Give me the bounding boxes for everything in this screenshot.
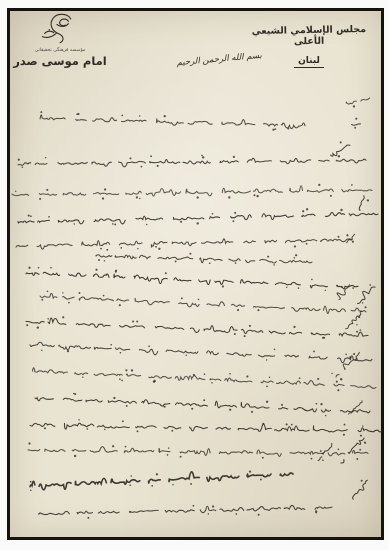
handwritten-line xyxy=(18,155,366,168)
handwriting-dot xyxy=(171,430,173,432)
handwriting-dot xyxy=(157,165,159,167)
handwriting-dot xyxy=(76,113,78,115)
handwritten-line xyxy=(38,505,332,519)
handwriting-dot xyxy=(212,505,214,507)
handwritten-line xyxy=(30,419,382,436)
handwritten-stroke xyxy=(33,368,377,389)
handwriting-dot xyxy=(208,513,210,515)
handwriting-dot xyxy=(267,256,269,258)
handwritten-line xyxy=(35,393,370,416)
handwriting-dot xyxy=(344,424,346,426)
scan-background: مؤسسه فرهنگی تحقیقاتی امام موسی صدر مجلس… xyxy=(0,0,389,550)
handwritten-stroke xyxy=(334,350,362,380)
handwriting-dot xyxy=(191,408,193,410)
handwritten-stroke xyxy=(40,115,305,129)
handwritten-stroke xyxy=(352,124,361,126)
handwriting-dot xyxy=(232,220,234,222)
handwritten-stroke xyxy=(359,196,365,211)
handwriting-dot xyxy=(266,401,268,403)
handwriting-dot xyxy=(287,128,289,130)
handwriting-dot xyxy=(360,479,363,482)
handwriting-dot xyxy=(193,374,195,376)
handwriting-dot xyxy=(112,445,114,447)
handwriting-dot xyxy=(229,373,231,375)
handwriting-dot xyxy=(197,196,199,198)
handwriting-dot xyxy=(167,454,169,456)
handwritten-line xyxy=(26,316,368,339)
handwriting-dot xyxy=(321,456,323,458)
handwriting-dot xyxy=(125,446,127,448)
handwriting-dot xyxy=(165,272,167,274)
handwriting-dot xyxy=(346,234,349,237)
handwriting-dot xyxy=(249,325,251,327)
handwriting-dot xyxy=(47,290,49,292)
handwriting-dot xyxy=(274,349,276,351)
stamp-subtitle: مؤسسه فرهنگی تحقیقاتی xyxy=(21,48,99,53)
handwritten-line xyxy=(33,368,377,392)
handwriting-dot xyxy=(316,403,318,405)
handwriting-dot xyxy=(189,253,191,255)
handwriting-dot xyxy=(73,393,74,394)
handwriting-dot xyxy=(100,248,102,250)
handwriting-dot xyxy=(298,287,300,289)
handwriting-dot xyxy=(139,115,140,116)
handwritten-line xyxy=(40,111,305,131)
handwriting-dot xyxy=(266,386,268,388)
handwriting-dot xyxy=(181,297,183,299)
handwriting-dot xyxy=(345,353,347,355)
handwriting-dot xyxy=(172,484,173,485)
handwriting-dot xyxy=(30,490,32,492)
handwriting-dot xyxy=(315,510,317,512)
handwriting-dot xyxy=(74,455,76,457)
handwriting-dot xyxy=(262,423,264,425)
margin-note xyxy=(345,311,366,333)
handwritten-stroke xyxy=(352,480,370,501)
handwriting-dot xyxy=(293,326,295,328)
margin-note xyxy=(348,477,370,500)
handwriting-dot xyxy=(366,199,369,202)
handwritten-stroke xyxy=(35,398,370,413)
handwriting-dot xyxy=(244,335,246,337)
handwriting-dot xyxy=(98,259,100,261)
handwriting-dot xyxy=(351,184,353,186)
handwritten-line xyxy=(30,471,293,492)
handwriting-dot xyxy=(257,309,259,311)
handwriting-dot xyxy=(62,292,63,293)
handwriting-dot xyxy=(339,141,342,144)
institute-stamp: مؤسسه فرهنگی تحقیقاتی امام موسی صدر xyxy=(10,10,110,67)
handwriting-dot xyxy=(369,284,371,286)
handwriting-dot xyxy=(190,483,192,485)
handwriting-dot xyxy=(136,196,138,198)
handwriting-dot xyxy=(139,198,140,199)
handwriting-dot xyxy=(351,240,354,243)
handwriting-dot xyxy=(30,481,32,483)
handwriting-dot xyxy=(102,197,104,199)
handwritten-stroke xyxy=(340,437,365,464)
handwritten-stroke xyxy=(12,186,372,196)
handwriting-dot xyxy=(356,458,358,460)
handwriting-dot xyxy=(302,210,304,212)
handwritten-line xyxy=(16,236,352,251)
handwriting-dot xyxy=(175,260,177,262)
handwriting-dot xyxy=(28,267,30,269)
handwriting-dot xyxy=(37,326,39,328)
handwriting-dot xyxy=(311,279,313,281)
handwriting-dot xyxy=(79,292,81,294)
handwriting-dot xyxy=(364,441,367,444)
handwriting-dot xyxy=(330,195,332,197)
handwriting-dot xyxy=(211,382,213,384)
handwriting-dot xyxy=(28,442,30,444)
handwriting-dot xyxy=(234,333,236,335)
handwritten-line xyxy=(26,267,358,291)
handwriting-dot xyxy=(269,377,270,378)
handwritten-stroke xyxy=(16,239,352,249)
handwriting-dot xyxy=(87,428,89,430)
handwriting-dot xyxy=(112,223,114,225)
handwritten-line xyxy=(18,208,378,225)
handwritten-line xyxy=(28,442,368,460)
handwriting-dot xyxy=(318,184,320,186)
handwriting-dot xyxy=(355,118,357,120)
handwritten-stroke xyxy=(30,423,382,432)
handwriting-dot xyxy=(137,430,139,432)
handwriting-dot xyxy=(204,373,206,375)
handwritten-line xyxy=(40,290,367,318)
handwriting-dot xyxy=(336,381,338,383)
handwriting-dot xyxy=(104,188,106,190)
handwriting-dot xyxy=(120,352,122,354)
handwriting-dot xyxy=(322,337,324,339)
stamp-monogram-icon xyxy=(37,10,83,48)
handwriting-dot xyxy=(365,306,367,308)
handwriting-dot xyxy=(119,378,121,380)
handwriting-dot xyxy=(122,420,124,422)
handwriting-dot xyxy=(104,429,106,431)
handwriting-dot xyxy=(18,159,20,161)
handwriting-dot xyxy=(286,423,288,425)
handwriting-dot xyxy=(126,405,128,407)
handwriting-dot xyxy=(286,287,287,288)
handwriting-dot xyxy=(273,264,275,266)
handwriting-dot xyxy=(180,456,182,458)
handwriting-dot xyxy=(30,215,32,217)
handwriting-dot xyxy=(235,262,237,264)
handwriting-dot xyxy=(131,369,133,371)
handwriting-dot xyxy=(78,419,79,420)
handwriting-dot xyxy=(132,320,134,322)
handwriting-dot xyxy=(313,350,315,352)
handwriting-dot xyxy=(136,321,138,323)
handwritten-stroke xyxy=(346,98,370,105)
handwriting-dot xyxy=(325,415,326,416)
handwriting-dot xyxy=(150,155,152,157)
handwriting-dot xyxy=(306,208,308,210)
handwriting-dot xyxy=(130,475,132,477)
handwritten-body xyxy=(0,0,389,550)
handwriting-dot xyxy=(164,115,166,117)
handwriting-dot xyxy=(249,471,251,473)
handwritten-stroke xyxy=(26,272,358,288)
handwriting-dot xyxy=(306,243,308,245)
handwriting-dot xyxy=(45,157,46,158)
handwriting-dot xyxy=(113,397,115,399)
handwritten-stroke xyxy=(40,293,366,313)
handwriting-dot xyxy=(356,324,358,326)
handwritten-stroke xyxy=(96,255,312,263)
handwriting-dot xyxy=(74,393,76,395)
handwriting-dot xyxy=(209,262,211,264)
handwriting-dot xyxy=(293,257,295,259)
handwriting-dot xyxy=(129,484,131,486)
handwriting-dot xyxy=(262,457,264,459)
handwriting-dot xyxy=(47,318,49,320)
margin-note xyxy=(327,138,351,158)
handwriting-dot xyxy=(158,248,160,250)
handwriting-dot xyxy=(228,196,230,198)
handwriting-dot xyxy=(87,517,89,519)
handwritten-stroke xyxy=(18,158,366,167)
letterhead-org-name: مجلس الإسلامي الشيعي الأعلى xyxy=(248,24,370,49)
handwriting-dot xyxy=(291,424,293,426)
handwriting-dot xyxy=(320,450,323,453)
handwriting-dot xyxy=(203,399,205,401)
handwriting-dot xyxy=(338,155,340,157)
handwriting-dot xyxy=(41,350,42,351)
margin-note xyxy=(359,196,370,212)
handwriting-dot xyxy=(39,198,41,200)
handwriting-dot xyxy=(212,213,214,215)
handwriting-dot xyxy=(15,191,16,192)
handwriting-dot xyxy=(154,380,156,382)
handwriting-dot xyxy=(311,458,313,460)
handwriting-dot xyxy=(354,127,356,129)
margin-note xyxy=(343,230,359,246)
handwriting-dot xyxy=(28,215,30,217)
handwriting-dot xyxy=(295,254,297,256)
handwriting-dot xyxy=(67,350,69,352)
handwriting-dot xyxy=(40,111,42,113)
handwriting-dot xyxy=(48,216,50,218)
handwriting-dot xyxy=(251,411,253,413)
handwritten-stroke xyxy=(330,144,351,158)
handwriting-dot xyxy=(121,380,123,382)
handwriting-dot xyxy=(115,270,117,272)
handwriting-dot xyxy=(148,345,150,347)
handwriting-dot xyxy=(256,195,258,197)
handwriting-dot xyxy=(272,129,274,131)
handwritten-stroke xyxy=(348,400,362,415)
handwriting-dot xyxy=(254,194,256,196)
handwriting-dot xyxy=(294,245,296,247)
handwriting-dot xyxy=(325,290,326,291)
handwriting-dot xyxy=(274,128,276,130)
handwritten-line xyxy=(30,342,372,362)
handwriting-dot xyxy=(320,403,322,405)
margin-note xyxy=(334,281,355,303)
handwriting-dot xyxy=(281,404,283,406)
handwriting-dot xyxy=(338,236,340,238)
handwritten-stroke xyxy=(28,447,368,457)
handwritten-line xyxy=(12,184,372,200)
handwritten-line xyxy=(96,253,312,266)
handwriting-dot xyxy=(110,344,112,346)
handwriting-dot xyxy=(103,295,105,297)
handwriting-dot xyxy=(222,285,224,287)
handwriting-dot xyxy=(104,260,105,261)
handwriting-dot xyxy=(164,406,166,408)
handwritten-stroke xyxy=(317,443,333,462)
handwriting-dot xyxy=(362,302,364,304)
handwriting-dot xyxy=(233,156,235,158)
handwritten-stroke xyxy=(38,505,332,514)
margin-note xyxy=(351,117,361,129)
handwriting-dot xyxy=(185,355,186,356)
handwriting-dot xyxy=(44,427,46,429)
handwriting-dot xyxy=(62,316,64,318)
handwriting-dot xyxy=(237,309,239,311)
handwriting-dot xyxy=(360,435,362,437)
handwriting-dot xyxy=(155,246,157,248)
handwriting-dot xyxy=(38,267,40,269)
handwriting-dot xyxy=(22,166,24,168)
handwriting-dot xyxy=(130,157,132,159)
margin-note xyxy=(331,348,364,382)
handwriting-dot xyxy=(120,247,122,249)
letterhead: مجلس الإسلامي الشيعي الأعلى لبنان xyxy=(248,25,370,68)
handwriting-dot xyxy=(95,269,97,271)
handwriting-dot xyxy=(106,249,108,251)
handwriting-dot xyxy=(343,434,345,436)
handwriting-dot xyxy=(266,359,267,360)
handwriting-dot xyxy=(26,324,28,326)
handwriting-dot xyxy=(229,409,231,411)
handwriting-dot xyxy=(201,155,203,157)
letterhead-country: لبنان xyxy=(294,56,324,68)
handwritten-stroke xyxy=(26,318,368,336)
handwriting-dot xyxy=(198,299,200,301)
handwriting-dot xyxy=(121,115,123,117)
handwriting-dot xyxy=(146,224,148,226)
handwriting-dot xyxy=(352,287,354,289)
handwriting-dot xyxy=(193,505,195,507)
handwriting-dot xyxy=(74,223,75,224)
handwriting-dot xyxy=(168,447,169,448)
handwriting-dot xyxy=(137,248,138,249)
handwriting-dot xyxy=(299,377,301,379)
handwritten-stroke xyxy=(30,342,372,362)
handwriting-dot xyxy=(331,372,333,374)
handwriting-dot xyxy=(125,369,127,371)
handwriting-dot xyxy=(360,329,362,331)
handwriting-dot xyxy=(82,376,83,377)
handwriting-dot xyxy=(151,485,153,487)
margin-note xyxy=(340,437,368,467)
handwriting-dot xyxy=(180,221,182,223)
handwriting-dot xyxy=(197,222,199,224)
handwriting-dot xyxy=(202,156,204,158)
handwriting-dot xyxy=(258,514,260,516)
handwritten-stroke xyxy=(345,311,363,330)
handwriting-dot xyxy=(340,209,342,211)
handwriting-dot xyxy=(317,378,319,380)
handwriting-dot xyxy=(246,375,248,377)
handwriting-dot xyxy=(114,223,116,225)
margin-note xyxy=(314,441,335,464)
handwriting-dot xyxy=(46,189,48,191)
handwriting-dot xyxy=(235,513,237,515)
handwritten-stroke xyxy=(18,212,378,223)
handwriting-dot xyxy=(338,448,340,450)
handwriting-dot xyxy=(141,166,143,168)
handwriting-dot xyxy=(41,299,43,301)
handwriting-dot xyxy=(234,212,236,214)
handwriting-dot xyxy=(119,304,121,306)
handwriting-dot xyxy=(50,267,52,269)
handwriting-dot xyxy=(362,425,363,426)
margin-note xyxy=(346,98,371,109)
handwriting-dot xyxy=(337,389,339,391)
handwriting-dot xyxy=(359,449,361,451)
handwriting-dot xyxy=(260,479,262,481)
handwriting-dot xyxy=(353,353,355,355)
handwriting-dot xyxy=(340,378,343,381)
handwriting-dot xyxy=(356,331,358,333)
margin-note xyxy=(348,400,362,415)
handwriting-dot xyxy=(353,105,356,108)
stamp-title: امام موسی صدر xyxy=(10,55,110,67)
handwritten-stroke xyxy=(30,472,293,490)
handwriting-dot xyxy=(322,459,324,461)
handwriting-dot xyxy=(68,302,70,304)
handwriting-dot xyxy=(156,473,158,475)
